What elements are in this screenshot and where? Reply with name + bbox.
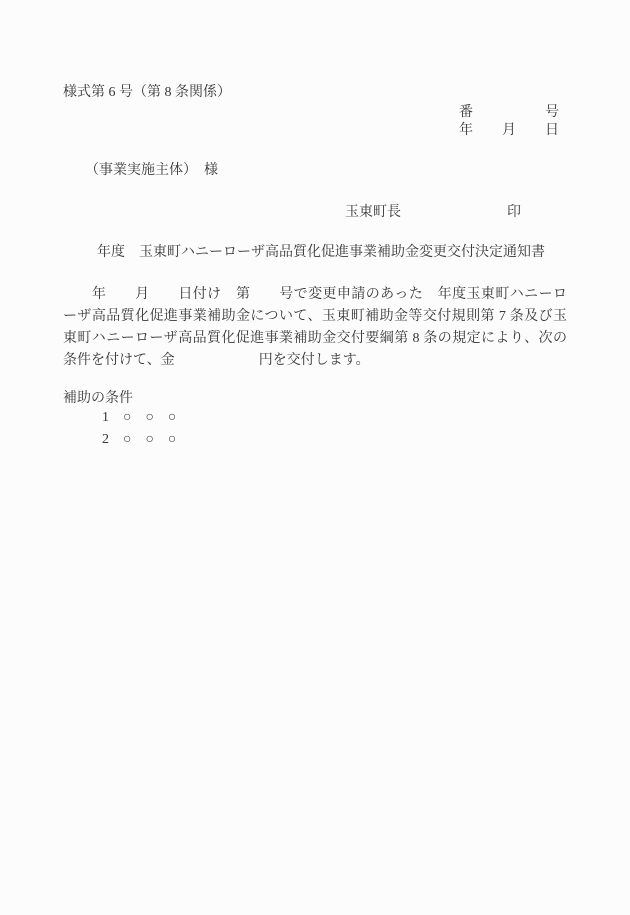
body-line-2: ーザ高品質化促進事業補助金について、玉東町補助金等交付規則第 7 条及び玉 [63,309,567,324]
seal-mark: 印 [507,205,521,220]
body-line-4: 条件を付けて、金 円を交付します。 [63,353,370,368]
date-year-label: 年 [459,123,473,138]
doc-number-suffix: 号 [545,105,559,120]
date-month-label: 月 [502,123,516,138]
conditions-heading: 補助の条件 [63,391,133,406]
document-title: 年度 玉東町ハニーローザ高品質化促進事業補助金変更交付決定通知書 [97,245,545,260]
condition-item: 2 ○ ○ ○ [102,432,176,447]
document-number-line: 番 号 [459,105,559,120]
recipient-line: （事業実施主体） 様 [85,163,218,178]
body-line-3: 東町ハニーローザ高品質化促進事業補助金交付要綱第 8 条の規定により、次の [63,331,567,346]
body-line-1: 年 月 日付け 第 号で変更申請のあった 年度玉東町ハニーロ [63,287,567,302]
form-number-label: 様式第 6 号（第 8 条関係） [63,85,231,100]
issuer-title: 玉東町長 [345,205,401,220]
doc-number-prefix: 番 [459,105,473,120]
date-line: 年 月 日 [459,123,559,138]
condition-item: 1 ○ ○ ○ [102,410,176,425]
date-day-label: 日 [545,123,559,138]
document-page: 様式第 6 号（第 8 条関係） 番 号 年 月 日 （事業実施主体） 様 玉東… [0,0,630,915]
